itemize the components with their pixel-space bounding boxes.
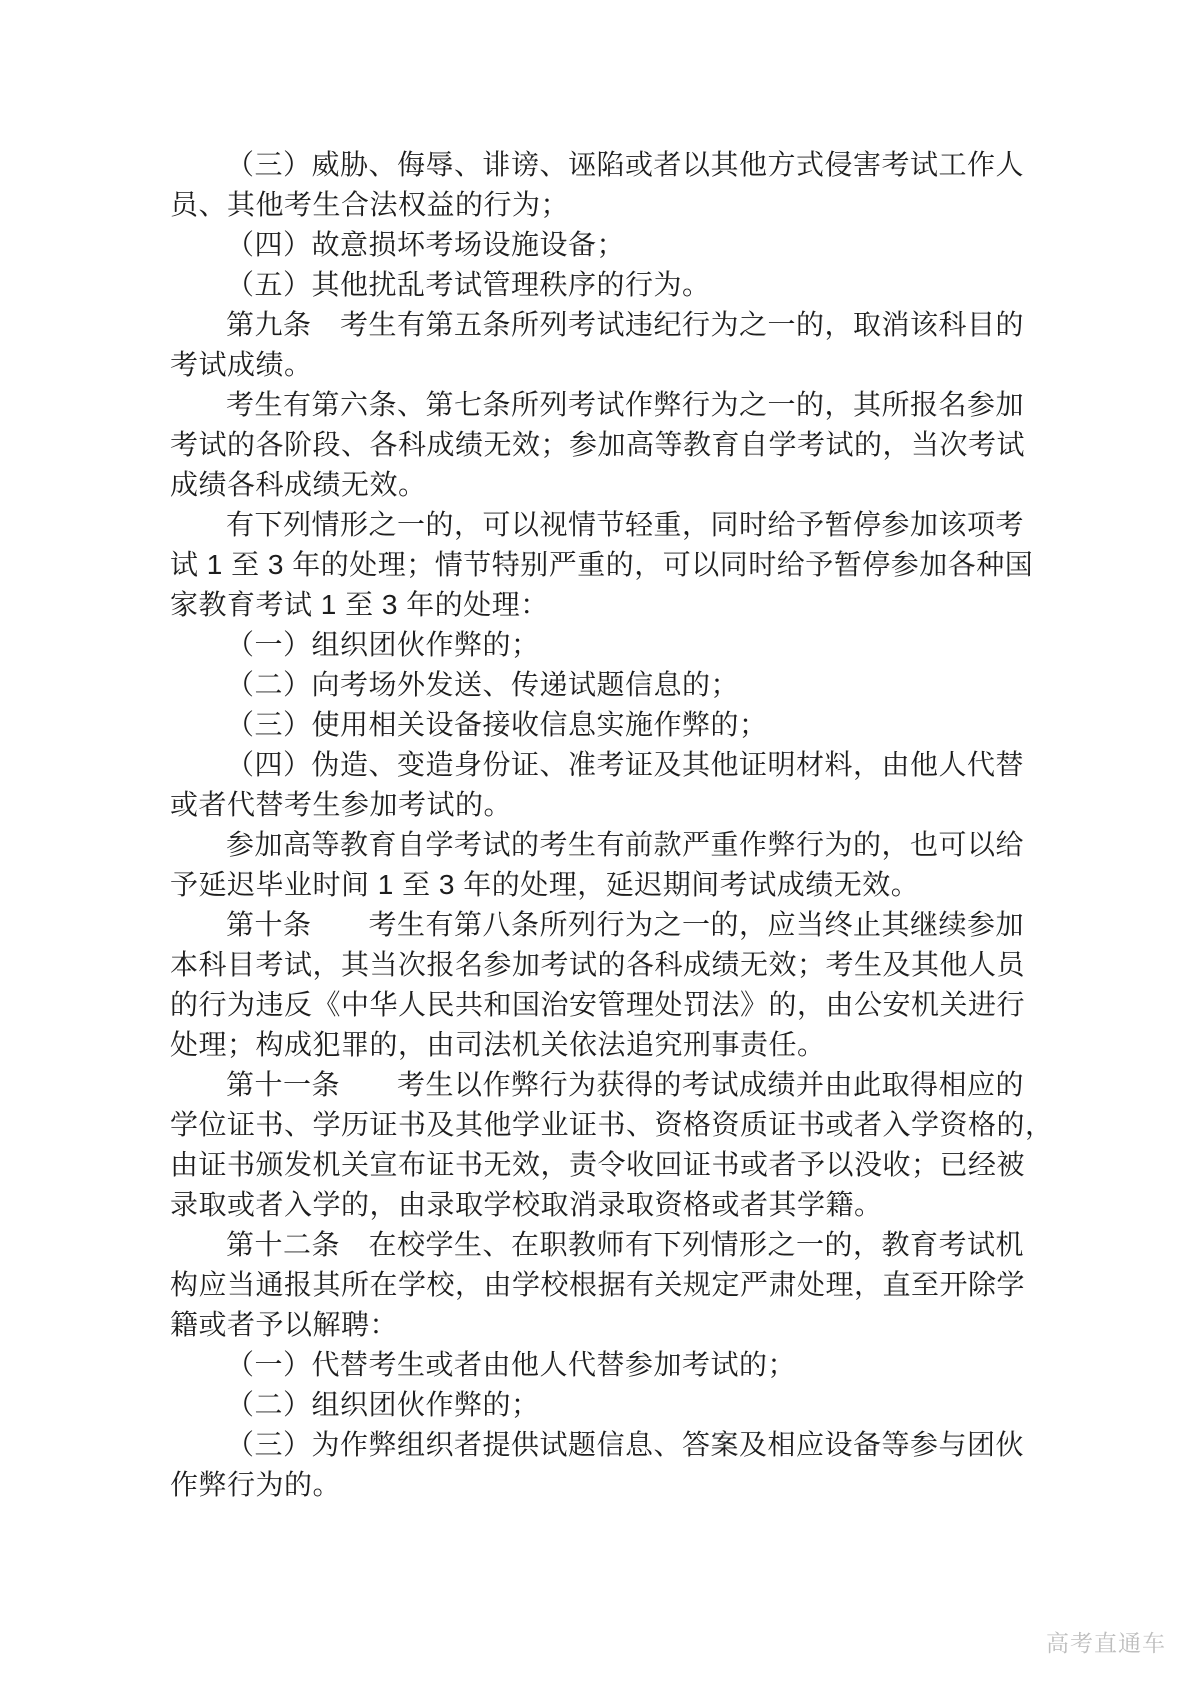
text-line: 予延迟毕业时间 1 至 3 年的处理，延迟期间考试成绩无效。	[170, 865, 1036, 905]
text-line: 考试成绩。	[170, 345, 1036, 385]
text-line: （二）向考场外发送、传递试题信息的；	[170, 665, 1036, 705]
text-line: （一）组织团伙作弊的；	[170, 625, 1036, 665]
text-line: （三）为作弊组织者提供试题信息、答案及相应设备等参与团伙	[170, 1425, 1036, 1465]
text-line: 成绩各科成绩无效。	[170, 465, 1036, 505]
text-line: 第十一条 考生以作弊行为获得的考试成绩并由此取得相应的	[170, 1065, 1036, 1105]
text-line: （五）其他扰乱考试管理秩序的行为。	[170, 265, 1036, 305]
text-line: 员、其他考生合法权益的行为；	[170, 185, 1036, 225]
text-line: 考试的各阶段、各科成绩无效；参加高等教育自学考试的，当次考试	[170, 425, 1036, 465]
text-line: （四）故意损坏考场设施设备；	[170, 225, 1036, 265]
watermark: 高考直通车	[1046, 1628, 1166, 1658]
text-line: 家教育考试 1 至 3 年的处理：	[170, 585, 1036, 625]
text-line: 本科目考试，其当次报名参加考试的各科成绩无效；考生及其他人员	[170, 945, 1036, 985]
text-line: 第十二条 在校学生、在职教师有下列情形之一的，教育考试机	[170, 1225, 1036, 1265]
text-line: （四）伪造、变造身份证、准考证及其他证明材料，由他人代替	[170, 745, 1036, 785]
text-line: 由证书颁发机关宣布证书无效，责令收回证书或者予以没收；已经被	[170, 1145, 1036, 1185]
text-line: 第十条 考生有第八条所列行为之一的，应当终止其继续参加	[170, 905, 1036, 945]
text-line: 有下列情形之一的，可以视情节轻重，同时给予暂停参加该项考	[170, 505, 1036, 545]
document-page: （三）威胁、侮辱、诽谤、诬陷或者以其他方式侵害考试工作人员、其他考生合法权益的行…	[0, 0, 1190, 1683]
document-body: （三）威胁、侮辱、诽谤、诬陷或者以其他方式侵害考试工作人员、其他考生合法权益的行…	[170, 145, 1036, 1505]
text-line: （一）代替考生或者由他人代替参加考试的；	[170, 1345, 1036, 1385]
text-line: 籍或者予以解聘：	[170, 1305, 1036, 1345]
text-line: 学位证书、学历证书及其他学业证书、资格资质证书或者入学资格的，	[170, 1105, 1036, 1145]
text-line: （二）组织团伙作弊的；	[170, 1385, 1036, 1425]
text-line: 的行为违反《中华人民共和国治安管理处罚法》的，由公安机关进行	[170, 985, 1036, 1025]
text-line: （三）使用相关设备接收信息实施作弊的；	[170, 705, 1036, 745]
text-line: 考生有第六条、第七条所列考试作弊行为之一的，其所报名参加	[170, 385, 1036, 425]
text-line: 构应当通报其所在学校，由学校根据有关规定严肃处理，直至开除学	[170, 1265, 1036, 1305]
text-line: 或者代替考生参加考试的。	[170, 785, 1036, 825]
text-line: （三）威胁、侮辱、诽谤、诬陷或者以其他方式侵害考试工作人	[170, 145, 1036, 185]
text-line: 第九条 考生有第五条所列考试违纪行为之一的，取消该科目的	[170, 305, 1036, 345]
text-line: 作弊行为的。	[170, 1465, 1036, 1505]
text-line: 试 1 至 3 年的处理；情节特别严重的，可以同时给予暂停参加各种国	[170, 545, 1036, 585]
text-line: 参加高等教育自学考试的考生有前款严重作弊行为的，也可以给	[170, 825, 1036, 865]
text-line: 处理；构成犯罪的，由司法机关依法追究刑事责任。	[170, 1025, 1036, 1065]
text-line: 录取或者入学的，由录取学校取消录取资格或者其学籍。	[170, 1185, 1036, 1225]
